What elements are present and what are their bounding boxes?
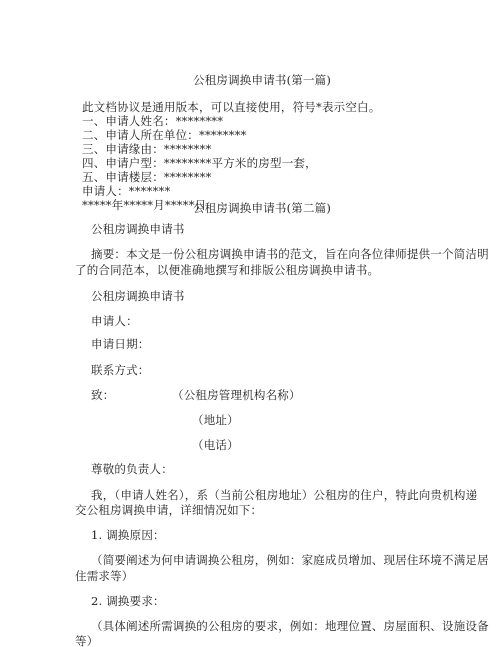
section2-line2: 等） — [75, 634, 98, 647]
doc2-heading-2: 公租房调换申请书 — [91, 289, 185, 303]
applicant-label: 申请人： — [91, 314, 138, 328]
doc1-title: 公租房调换申请书(第一篇) — [193, 73, 331, 87]
salutation: 尊敬的负责人： — [91, 462, 173, 476]
doc1-applicant: 申请人：******* — [82, 185, 170, 199]
address: （地址） — [192, 413, 239, 427]
org-name: （公租房管理机构名称） — [172, 388, 301, 402]
section2-title: 2. 调换要求： — [91, 594, 165, 608]
doc2-abstract-line1: 摘要：本文是一份公租房调换申请书的范文，旨在向各位律师提供一个简洁明 — [91, 247, 489, 261]
body-line2: 交公租房调换申请，详细情况如下： — [75, 503, 262, 517]
doc1-item-2: 二、申请人所在单位：******** — [82, 129, 247, 143]
section2-line1: （具体阐述所需调换的公租房的要求，例如：地理位置、房屋面积、设施设备 — [91, 619, 489, 633]
doc2-title: 公租房调换申请书(第二篇) — [193, 201, 331, 215]
doc2-heading: 公租房调换申请书 — [91, 222, 185, 236]
doc1-intro: 此文档协议是通用版本，可以直接使用，符号*表示空白。 — [82, 100, 380, 114]
doc1-item-3: 三、申请缘由：******** — [82, 143, 212, 157]
doc1-item-5: 五、申请楼层：******** — [82, 171, 212, 185]
document-page: 公租房调换申请书(第一篇) 此文档协议是通用版本，可以直接使用，符号*表示空白。… — [0, 0, 500, 647]
to-label: 致： — [91, 388, 114, 402]
doc1-date: *****年*****月*****日 — [82, 199, 206, 213]
date-label: 申请日期： — [91, 337, 150, 351]
doc2-abstract-line2: 了的合同范本，以便准确地撰写和排版公租房调换申请书。 — [75, 263, 379, 277]
section1-title: 1. 调换原因： — [91, 528, 165, 542]
doc1-item-1: 一、申请人姓名：******** — [82, 115, 223, 129]
contact-label: 联系方式： — [91, 363, 150, 377]
section1-line2: 住需求等） — [75, 569, 134, 583]
doc1-item-4: 四、申请户型：********平方米的房型一套， — [82, 157, 317, 171]
section1-line1: （简要阐述为何申请调换公租房，例如：家庭成员增加、现居住环境不满足居 — [91, 553, 489, 567]
phone: （电话） — [192, 438, 239, 452]
body-line1: 我，（申请人姓名），系（当前公租房地址）公租房的住户，特此向贵机构递 — [91, 488, 477, 502]
